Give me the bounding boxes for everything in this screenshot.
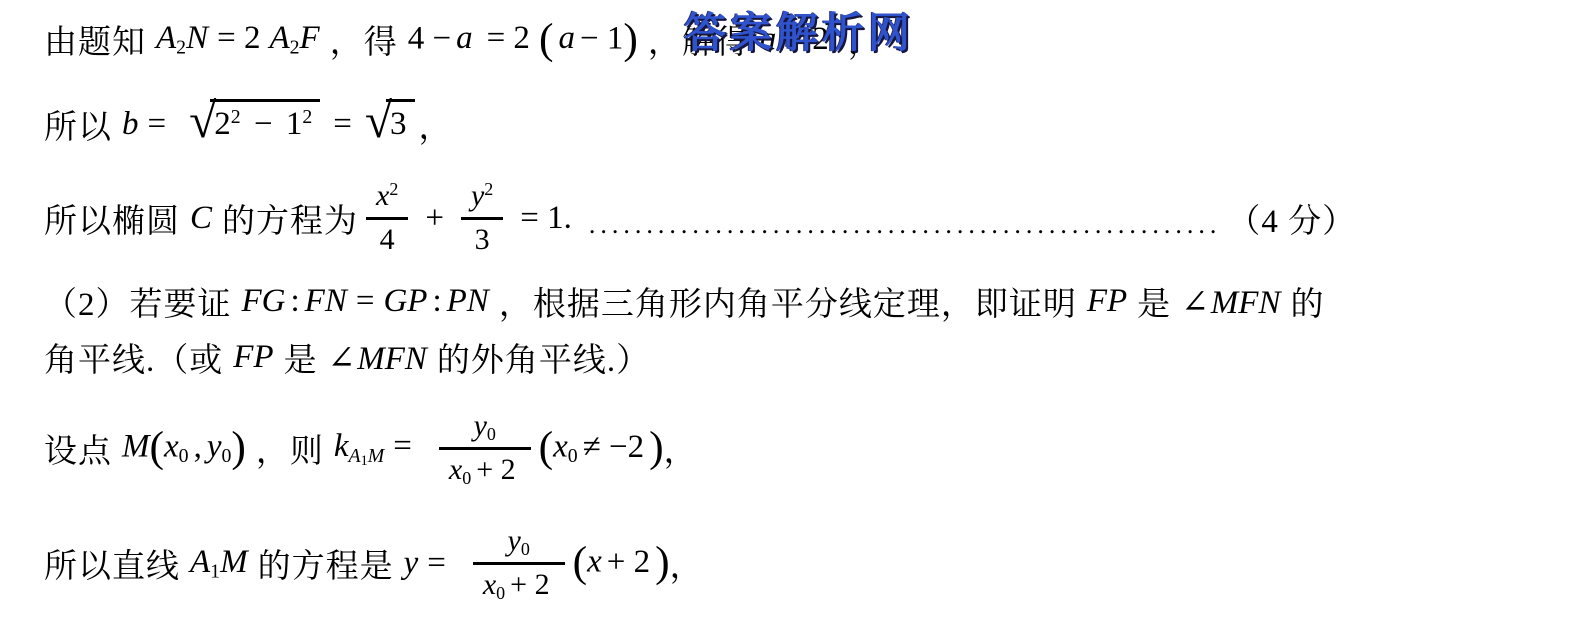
numerator: y2 <box>461 179 503 214</box>
sub-2: 2 <box>290 37 300 59</box>
math-angle-mfn: ∠MFN <box>328 338 427 378</box>
text-de: 得 <box>364 16 398 63</box>
line-part2-statement: （2）若要证 FG:FN=GP:PN ， 根据三角形内角平分线定理，即证明 FP… <box>44 278 1324 325</box>
var-GP: GP <box>383 283 427 319</box>
line-b-value: 所以 b= √ 22 − 12 = √ 3 ， <box>44 86 453 162</box>
comma-math: , <box>189 429 207 465</box>
comma: ， <box>648 16 682 63</box>
numerator: y0 <box>498 524 540 559</box>
sup-2: 2 <box>484 179 493 199</box>
var-b: b <box>122 106 139 142</box>
var-k: k <box>334 428 349 464</box>
text-so-ellipse: 所以椭圆 <box>44 195 180 242</box>
text-bisector-theorem: 根据三角形内角平分线定理，即证明 <box>533 278 1077 325</box>
var-y: y <box>471 179 484 212</box>
sub-0: 0 <box>221 445 231 467</box>
sub-1: 1 <box>210 560 220 582</box>
var-A: A <box>349 445 361 467</box>
text-given: 由题知 <box>44 16 146 63</box>
var-x: x <box>553 429 568 465</box>
sub-0: 0 <box>521 539 530 559</box>
equals: = <box>418 545 455 581</box>
var-x: x <box>449 453 462 486</box>
left-paren: ( <box>150 423 165 471</box>
num-1: 1 <box>286 106 303 142</box>
math-a1m: A1M <box>190 544 248 582</box>
colon: : <box>427 283 446 319</box>
equals-2: = 2 <box>208 20 269 56</box>
denominator: x0+ 2 <box>439 453 531 488</box>
var-FP: FP <box>233 339 273 376</box>
line-part2-statement-cont: 角平线.（或 FP 是 ∠MFN 的外角平线.） <box>44 334 650 381</box>
right-paren: ) <box>231 423 246 471</box>
minus: − <box>241 106 286 142</box>
line-a1m-equation: 所以直线 A1M 的方程是 y= y0 x0+ 2 (x+ 2) ， <box>44 502 704 624</box>
comma: ， <box>670 540 704 587</box>
var-FP: FP <box>1087 283 1127 320</box>
fraction-x2-over-4: x2 4 <box>366 179 408 257</box>
math-4-minus-a: 4 −a= 2(a− 1) <box>408 18 638 62</box>
denominator: 4 <box>370 223 405 258</box>
var-M: M <box>368 445 384 467</box>
var-x: x <box>376 179 389 212</box>
sub-0: 0 <box>487 424 496 444</box>
equals-2: = 2 <box>478 20 539 56</box>
math-a2n-eq-2a2f: A2N= 2A2F <box>156 20 320 58</box>
neq-minus-2: ≠ −2 <box>578 429 649 465</box>
text-then: 则 <box>290 425 324 472</box>
right-paren: ) <box>655 538 670 586</box>
var-M: M <box>220 544 248 580</box>
var-y: y <box>474 409 487 442</box>
sub-0: 0 <box>179 445 189 467</box>
equals: = <box>347 283 384 319</box>
colon: : <box>286 283 305 319</box>
text-equation-is: 的方程为 <box>222 195 358 242</box>
var-x: x <box>164 429 179 465</box>
var-MFN: MFN <box>357 341 427 377</box>
equals: = <box>139 106 176 142</box>
var-M: M <box>122 429 150 465</box>
left-paren: ( <box>539 16 554 63</box>
var-a: a <box>553 20 580 56</box>
var-y: y <box>207 429 222 465</box>
math-b: b= <box>122 106 175 143</box>
text-bisector-cont: 角平线.（或 <box>44 334 223 381</box>
var-PN: PN <box>447 283 489 319</box>
var-x: x <box>483 568 496 601</box>
equals: = <box>324 106 361 143</box>
denominator: x0+ 2 <box>473 568 565 603</box>
text-so-line: 所以直线 <box>44 540 180 587</box>
math-ratio-equality: FG:FN=GP:PN <box>242 283 489 320</box>
sub-2: 2 <box>176 37 186 59</box>
num-4-minus: 4 − <box>408 20 451 56</box>
var-A: A <box>269 20 289 56</box>
math-point-m: M(x0,y0) <box>122 426 246 470</box>
line-point-m-slope: 设点 M(x0,y0) ， 则 kA1M= y0 x0+ 2 (x0≠ −2) … <box>44 394 698 502</box>
angle-icon: ∠ <box>1181 285 1211 321</box>
sub-a1m: A1M <box>349 445 385 467</box>
var-A: A <box>156 20 176 56</box>
radicand: 22 − 12 <box>210 99 320 144</box>
math-condition: (x0≠ −2) <box>539 426 664 470</box>
text-is: 是 <box>1137 278 1171 325</box>
equals: = <box>384 428 421 464</box>
plus-2: + 2 <box>505 568 554 601</box>
sqrt-3: √ 3 <box>365 99 415 149</box>
text-equation-is: 的方程是 <box>258 540 394 587</box>
comma: ， <box>330 16 364 63</box>
right-paren: ) <box>649 423 664 471</box>
var-y: y <box>508 524 521 557</box>
text-exterior-bisector: 的外角平线.） <box>437 334 650 381</box>
var-x: x <box>587 544 602 580</box>
fraction-y0-over-x0-plus-2: y0 x0+ 2 <box>439 409 531 487</box>
radical-icon: √ <box>189 96 216 146</box>
var-N: N <box>186 20 208 56</box>
var-FN: FN <box>305 283 347 319</box>
fraction-bar <box>473 562 565 565</box>
text-part2-prove: （2）若要证 <box>44 278 232 325</box>
fraction-bar <box>439 447 531 450</box>
right-paren: ) <box>623 16 638 63</box>
minus-one: − 1 <box>580 20 623 56</box>
math-angle-mfn: ∠MFN <box>1181 282 1280 322</box>
math-slope-k: kA1M= <box>334 428 421 468</box>
sub-0: 0 <box>568 445 578 467</box>
var-F: F <box>300 20 320 56</box>
left-paren: ( <box>573 538 588 586</box>
sup-2: 2 <box>302 106 312 128</box>
left-paren: ( <box>539 423 554 471</box>
document-page: { "colors": { "background": "#ffffff", "… <box>0 0 1590 630</box>
var-C: C <box>190 200 212 237</box>
num-2: 2 <box>214 106 231 142</box>
math-x-plus-2: (x+ 2) <box>573 541 670 585</box>
var-MFN: MFN <box>1211 285 1281 321</box>
comma: ， <box>256 425 290 472</box>
fraction-bar <box>461 217 503 220</box>
var-y: y <box>404 545 419 581</box>
text-de: 的 <box>1290 278 1324 325</box>
var-A: A <box>190 544 210 580</box>
score-4-points: （4 分） <box>1227 195 1356 242</box>
sup-2: 2 <box>231 106 241 128</box>
plus-2: + 2 <box>602 544 655 580</box>
watermark-text: 答案解析网 <box>684 0 914 60</box>
sub-1: 1 <box>361 453 368 469</box>
fraction-y0-over-x0-plus-2: y0 x0+ 2 <box>473 524 565 602</box>
var-FG: FG <box>242 283 286 319</box>
plus: + <box>416 200 453 237</box>
numerator: y0 <box>464 409 506 444</box>
equals-1: = 1. <box>511 200 581 237</box>
angle-icon: ∠ <box>328 341 358 377</box>
plus-2: + 2 <box>471 453 520 486</box>
math-y-equals: y= <box>404 545 455 582</box>
var-a: a <box>451 20 478 56</box>
text-is: 是 <box>284 334 318 381</box>
comma: ， <box>419 101 453 148</box>
sup-2: 2 <box>389 179 398 199</box>
radical-icon: √ <box>365 96 392 146</box>
text-so: 所以 <box>44 101 112 148</box>
dotted-leader: ........................................… <box>589 212 1222 238</box>
sub-0: 0 <box>496 583 505 603</box>
fraction-bar <box>366 217 408 220</box>
sub-0: 0 <box>462 468 471 488</box>
text-set-point: 设点 <box>44 425 112 472</box>
comma: ， <box>499 278 533 325</box>
comma: ， <box>664 425 698 472</box>
numerator: x2 <box>366 179 408 214</box>
sqrt-2sq-minus-1sq: √ 22 − 12 <box>189 99 320 149</box>
line-ellipse-equation: 所以椭圆 C 的方程为 x2 4 + y2 3 = 1. ...........… <box>44 166 1356 270</box>
denominator: 3 <box>465 223 500 258</box>
fraction-y2-over-3: y2 3 <box>461 179 503 257</box>
